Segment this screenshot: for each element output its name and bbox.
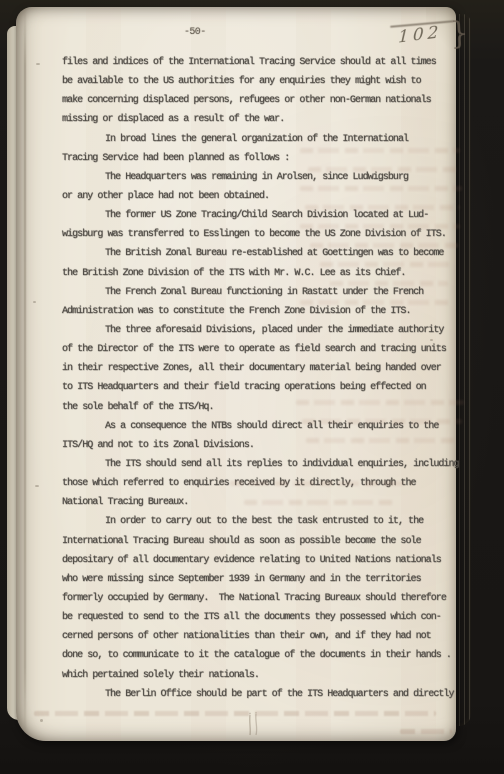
typewritten-line: files and indices of the International T… bbox=[62, 53, 456, 72]
typewritten-line: make concerning displaced persons, refug… bbox=[62, 91, 456, 110]
paper-speck bbox=[40, 719, 43, 722]
bleedthrough-line bbox=[330, 281, 448, 286]
typewritten-line: International Tracing Bureau should as s… bbox=[62, 532, 456, 551]
bleedthrough-line bbox=[400, 729, 452, 734]
typewritten-line: in their respective Zones, all their doc… bbox=[62, 359, 456, 378]
bleedthrough-line bbox=[300, 224, 460, 229]
bleedthrough-line bbox=[302, 419, 462, 424]
bleedthrough-line bbox=[306, 438, 458, 443]
typewritten-line: The Berlin Office should be part of the … bbox=[62, 685, 456, 704]
typewritten-line: done so, to communicate to it the catalo… bbox=[62, 646, 456, 665]
paper-speck bbox=[35, 485, 39, 487]
typewritten-line: of the Director of the ITS were to opera… bbox=[62, 340, 456, 359]
pencil-bracket: } bbox=[449, 15, 469, 52]
page-number: -50- bbox=[184, 27, 206, 38]
bleedthrough-line bbox=[300, 300, 450, 305]
bleedthrough-line bbox=[244, 500, 396, 505]
folio-digits: 102 bbox=[398, 22, 443, 48]
typewritten-line: The three aforesaid Divisions, placed un… bbox=[62, 321, 456, 340]
typewritten-line: formerly occupied by Germany. The Nation… bbox=[62, 589, 456, 608]
bleedthrough-line bbox=[230, 481, 412, 486]
handwritten-folio-number: 102 } bbox=[388, 19, 470, 57]
bleedthrough-line bbox=[34, 711, 436, 716]
bleedthrough-line bbox=[320, 262, 452, 267]
typewritten-line: cerned persons of other nationalities th… bbox=[62, 627, 456, 646]
document-page: -50- 102 } files and indices of the Inte… bbox=[16, 7, 456, 741]
pencil-mark bbox=[245, 712, 263, 738]
paper-speck bbox=[33, 301, 36, 303]
bleedthrough-line bbox=[310, 243, 458, 248]
typewritten-line: missing or displaced as a result of the … bbox=[62, 110, 456, 129]
bleedthrough-line bbox=[296, 400, 464, 405]
bleedthrough-line bbox=[300, 186, 462, 191]
typewritten-line: In order to carry out to the best the ta… bbox=[62, 512, 456, 531]
typewritten-line: The ITS should send all its replies to i… bbox=[62, 455, 456, 474]
binding-crease bbox=[24, 7, 26, 741]
typewritten-line: In broad lines the general organization … bbox=[62, 130, 456, 149]
typewritten-line: be requested to send to the ITS all the … bbox=[62, 608, 456, 627]
typewritten-line: be available to the US authorities for a… bbox=[62, 72, 456, 91]
typewritten-line: to ITS Headquarters and their field trac… bbox=[62, 378, 456, 397]
bleedthrough-line bbox=[300, 148, 460, 153]
typewritten-line: depositary of all documentary evidence r… bbox=[62, 551, 456, 570]
photo-background: -50- 102 } files and indices of the Inte… bbox=[0, 0, 504, 774]
typewritten-line: which pertained solely their nationals. bbox=[62, 666, 456, 685]
bleedthrough-line bbox=[305, 205, 460, 210]
typewritten-line: who were missing since September 1939 in… bbox=[62, 570, 456, 589]
paper-speck bbox=[36, 63, 40, 65]
paper-speck bbox=[430, 339, 433, 341]
bleedthrough-line bbox=[308, 167, 458, 172]
